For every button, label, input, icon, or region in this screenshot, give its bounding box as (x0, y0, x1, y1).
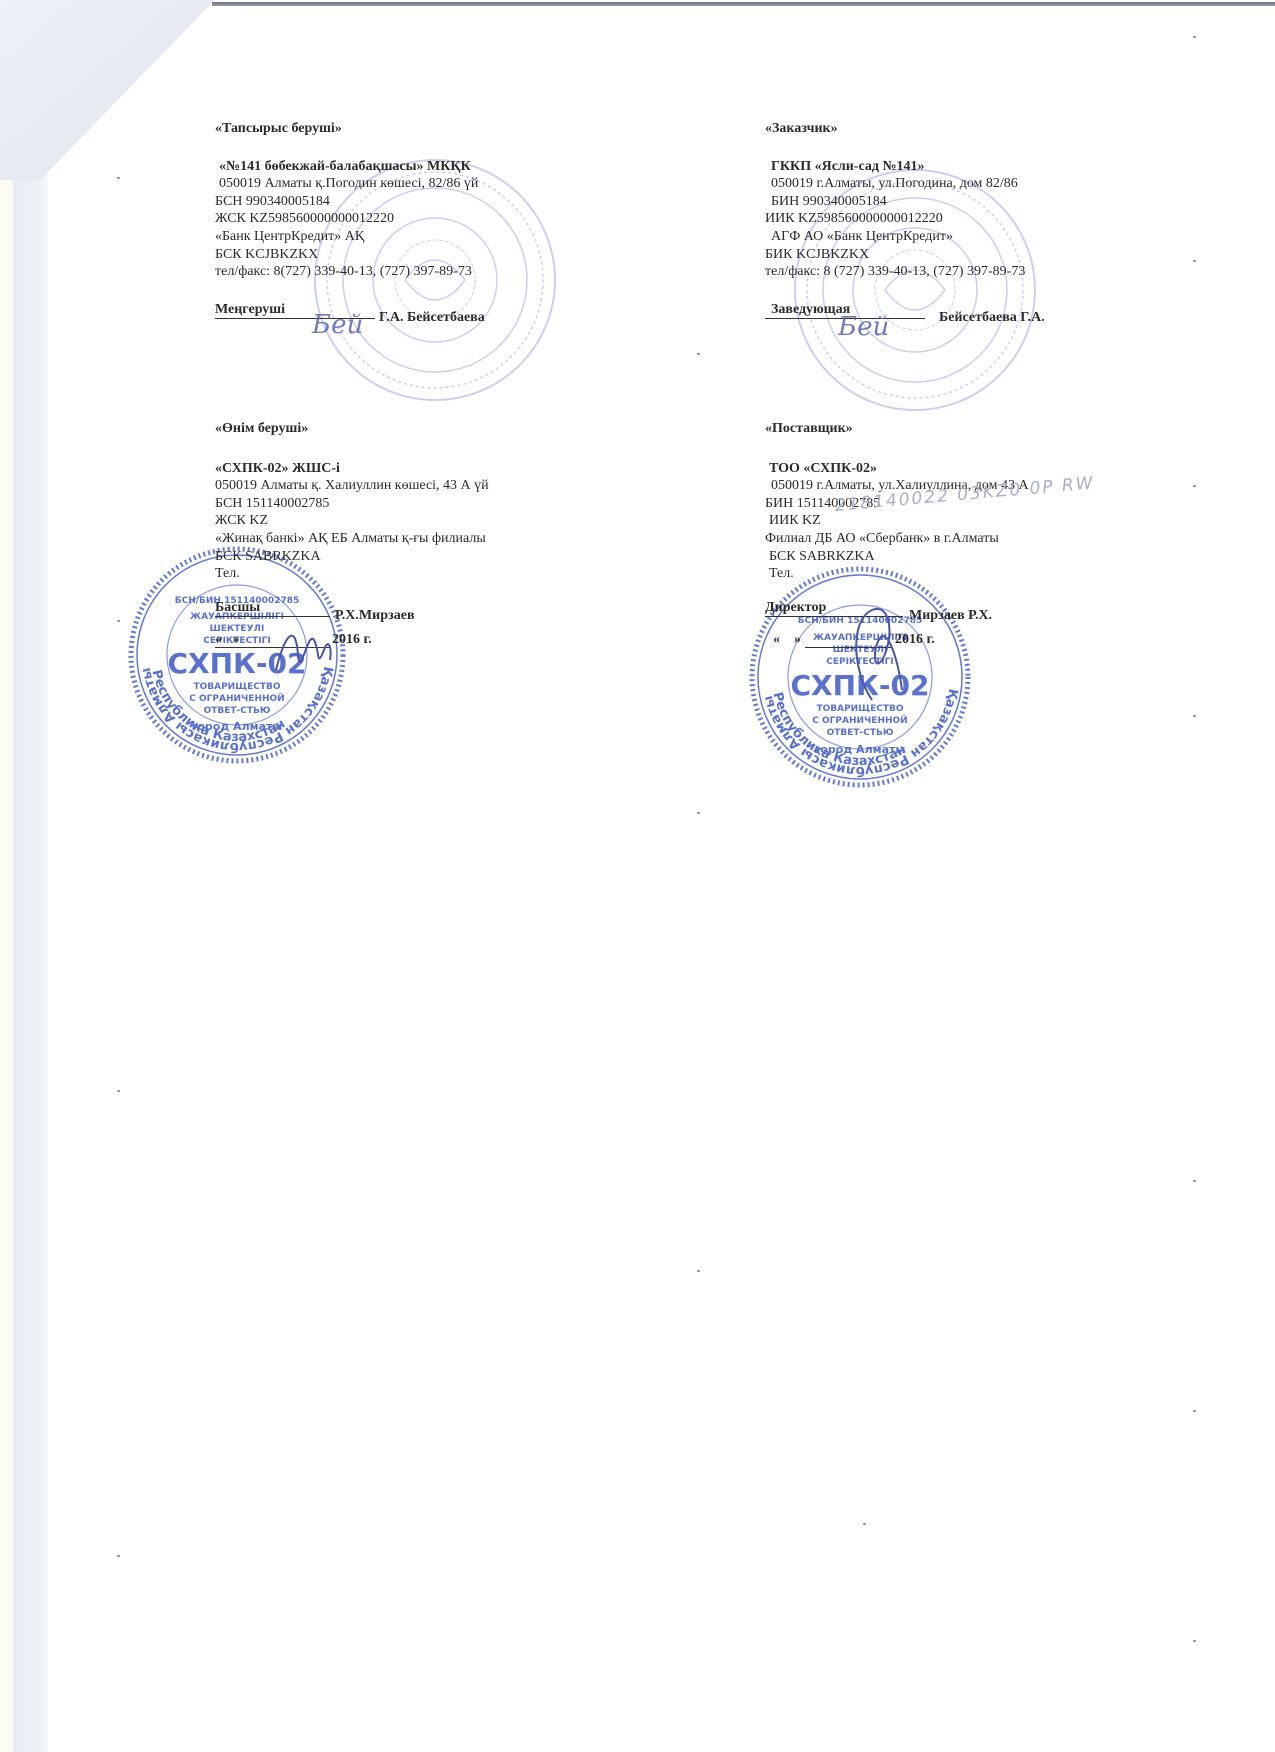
supplier-kz-bic: БСК SABRKZKA (215, 548, 595, 566)
supplier-kz-address: 050019 Алматы қ. Халиуллин көшесі, 43 А … (215, 477, 595, 495)
scan-folded-corner (0, 0, 215, 180)
customer-ru-address: 050019 г.Алматы, ул.Погодина, дом 82/86 (765, 175, 1125, 193)
customer-kz-sign-name: Г.А. Бейсетбаева (379, 309, 485, 327)
supplier-kz-org: «СХПК-02» ЖШС-і (215, 460, 595, 478)
dust-speck (1193, 715, 1196, 717)
svg-text:С ОГРАНИЧЕННОЙ: С ОГРАНИЧЕННОЙ (812, 714, 907, 726)
customer-kz-sign-title: Меңгеруші (215, 302, 285, 317)
signature-line (215, 616, 330, 617)
supplier-kz-signature-row: Басшы Р.Х.Мирзаев (215, 599, 595, 617)
svg-text:город Алматы: город Алматы (192, 720, 283, 733)
customer-kz-phone: тел/факс: 8(727) 339-40-13, (727) 397-89… (215, 263, 575, 281)
supplier-kz-signature (268, 620, 338, 680)
customer-ru-bin: БИН 990340005184 (765, 193, 1125, 211)
customer-ru-signature: Бей (838, 312, 889, 342)
supplier-kz-sign-title: Басшы (215, 600, 260, 615)
dust-speck (117, 1555, 120, 1557)
supplier-ru-date-row: « » 2016 г. (765, 631, 1185, 649)
customer-kz-bic: БСК KCJBKZKX (215, 246, 575, 264)
supplier-ru-org: ТОО «СХПК-02» (765, 460, 1185, 478)
dust-speck (117, 620, 120, 622)
scan-edge-left (0, 0, 48, 1752)
supplier-kz-bank: «Жинақ банкі» АҚ ЕБ Алматы қ-ғы филиалы (215, 530, 595, 548)
supplier-ru-bank: Филиал ДБ АО «Сбербанк» в г.Алматы (765, 530, 1185, 548)
customer-kz-signature: Бей (312, 310, 363, 340)
dust-speck (117, 1090, 120, 1092)
supplier-kz-account: ЖСК KZ (215, 512, 595, 530)
customer-ru-account: ИИК KZ598560000000012220 (765, 210, 1125, 228)
date-quote-open: « (773, 632, 780, 647)
dust-speck (117, 177, 120, 179)
supplier-kz-phone: Тел. (215, 565, 595, 583)
supplier-ru-signature-row: Директор Мирзаев Р.Х. (765, 599, 1185, 617)
supplier-kz-block: «Өнім беруші» «СХПК-02» ЖШС-і 050019 Алм… (215, 420, 595, 649)
supplier-ru-account: ИИК KZ (765, 512, 1185, 530)
customer-ru-phone: тел/факс: 8 (727) 339-40-13, (727) 397-8… (765, 263, 1125, 281)
date-quote-close: » (233, 632, 240, 647)
svg-text:ОТВЕТ-СТЬЮ: ОТВЕТ-СТЬЮ (827, 728, 894, 738)
svg-text:ОТВЕТ-СТЬЮ: ОТВЕТ-СТЬЮ (204, 706, 271, 716)
supplier-ru-block: «Поставщик» ТОО «СХПК-02» 050019 г.Алмат… (765, 420, 1185, 649)
customer-kz-block: «Тапсырыс беруші» «№141 бөбекжай-балабақ… (215, 120, 575, 319)
dust-speck (1193, 1410, 1196, 1412)
date-quote-close: » (794, 632, 801, 647)
customer-ru-signature-row: Заведующая Бейсетбаева Г.А. (765, 301, 1125, 319)
svg-text:С ОГРАНИЧЕННОЙ: С ОГРАНИЧЕННОЙ (189, 692, 284, 704)
supplier-kz-sign-name: Р.Х.Мирзаев (335, 607, 415, 625)
customer-ru-block: «Заказчик» ГККП «Ясли-сад №141» 050019 г… (765, 120, 1125, 319)
customer-kz-heading: «Тапсырыс беруші» (215, 120, 575, 138)
dust-speck (697, 353, 700, 355)
supplier-kz-heading: «Өнім беруші» (215, 420, 595, 438)
customer-kz-address: 050019 Алматы қ.Погодин көшесі, 82/86 үй (215, 175, 575, 193)
dust-speck (1193, 1180, 1196, 1182)
customer-ru-org: ГККП «Ясли-сад №141» (765, 158, 1125, 176)
supplier-ru-sign-title: Директор (765, 600, 826, 615)
customer-ru-heading: «Заказчик» (765, 120, 1125, 138)
dust-speck (863, 1523, 866, 1525)
scan-edge-top (212, 2, 1275, 6)
dust-speck (697, 1270, 700, 1272)
date-quote-open: « (215, 632, 222, 647)
supplier-kz-bin: БСН 151140002785 (215, 495, 595, 513)
svg-text:город Алматы: город Алматы (815, 743, 906, 756)
customer-ru-sign-name: Бейсетбаева Г.А. (939, 309, 1045, 327)
customer-kz-signature-row: Меңгеруші Г.А. Бейсетбаева (215, 301, 575, 319)
dust-speck (1193, 485, 1196, 487)
supplier-ru-heading: «Поставщик» (765, 420, 1185, 438)
customer-kz-account: ЖСК KZ598560000000012220 (215, 210, 575, 228)
dust-speck (1193, 36, 1196, 38)
supplier-ru-sign-name: Мирзаев Р.Х. (909, 607, 992, 625)
customer-ru-bic: БИК KCJBKZKX (765, 246, 1125, 264)
supplier-ru-signature (842, 600, 912, 710)
dust-speck (1193, 1640, 1196, 1642)
supplier-ru-bic: БСК SABRKZKA (765, 548, 1185, 566)
customer-ru-bank: АГФ АО «Банк ЦентрКредит» (765, 228, 1125, 246)
dust-speck (1193, 260, 1196, 262)
svg-text:ТОВАРИЩЕСТВО: ТОВАРИЩЕСТВО (193, 682, 280, 692)
dust-speck (697, 812, 700, 814)
customer-kz-org: «№141 бөбекжай-балабақшасы» МКҚК (215, 158, 575, 176)
customer-kz-bank: «Банк ЦентрКредит» АҚ (215, 228, 575, 246)
supplier-ru-phone: Тел. (765, 565, 1185, 583)
customer-kz-bin: БСН 990340005184 (215, 193, 575, 211)
